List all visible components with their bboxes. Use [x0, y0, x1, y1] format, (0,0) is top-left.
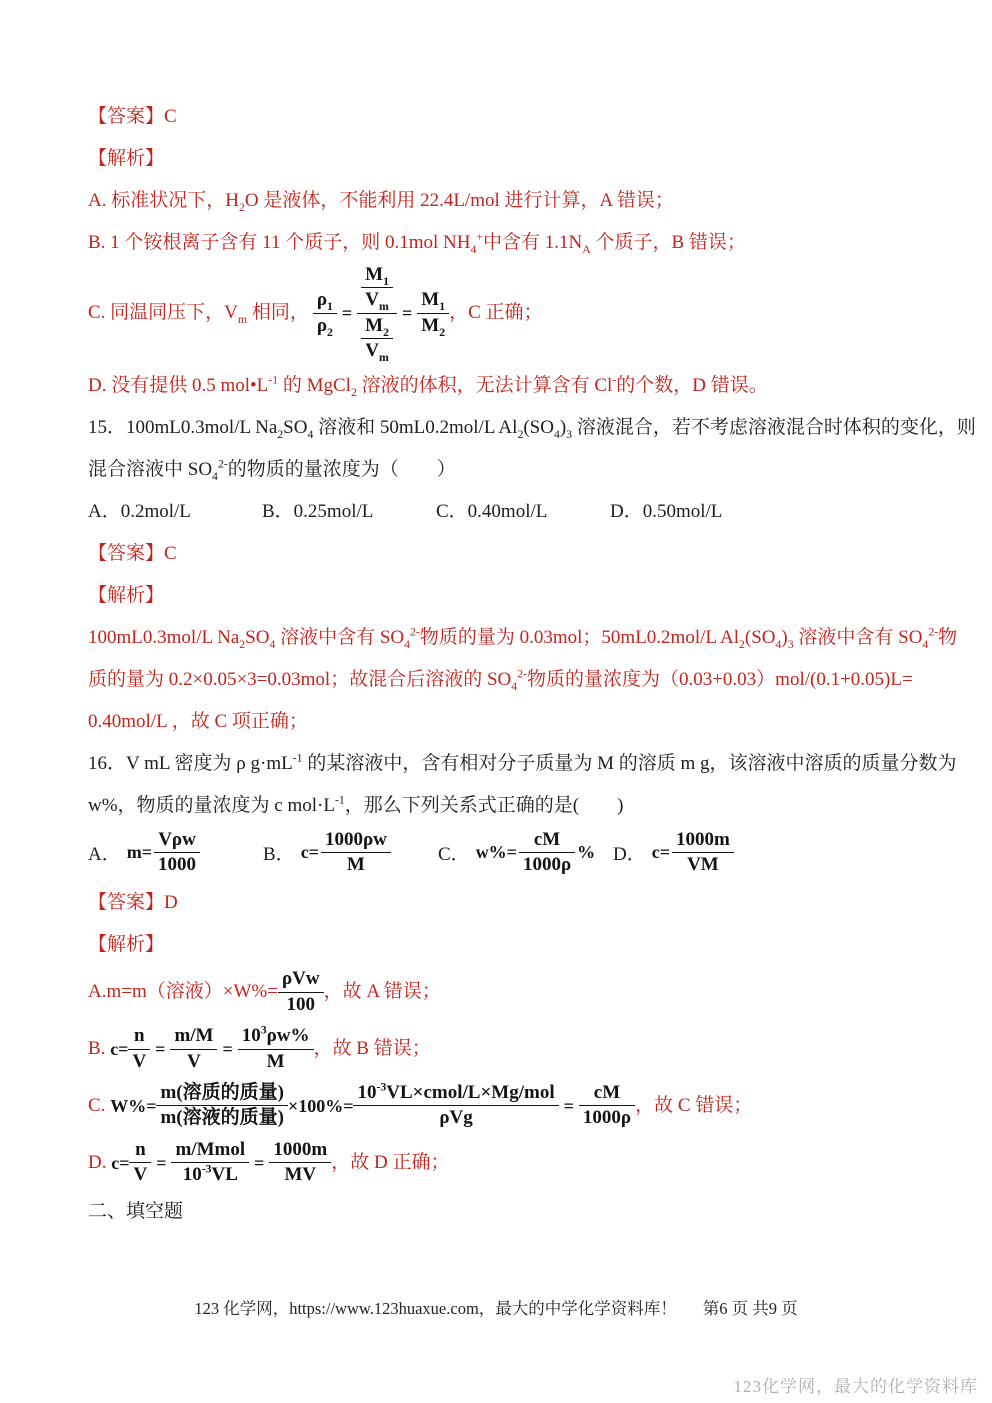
watermark: 123化学网，最大的化学资料库: [734, 1372, 979, 1397]
q16-answer-value: D: [164, 892, 178, 913]
fraction-m1-m2: M1M2: [417, 289, 449, 337]
footer-site-text: 123 化学网，https://www.123huaxue.com，最大的中学化…: [194, 1295, 676, 1319]
q15-explanation-line3: 0.40mol/L ，故 C 项正确；: [88, 709, 920, 735]
footer-page-number: 第6 页 共9 页: [703, 1295, 798, 1319]
q14-explanation-a: A. 标准状况下，H2O 是液体，不能利用 22.4L/mol 进行计算，A 错…: [88, 188, 920, 214]
fraction-option-a: Vρw1000: [154, 829, 200, 877]
q16-explanation-b: B. c= nV = m/MV = 103ρw%M ，故 B 错误；: [88, 1025, 920, 1073]
q16-explanation-d: D. c= nV = m/Mmol10-3VL = 1000mMV ，故 D 正…: [88, 1139, 920, 1187]
q15-answer-value: C: [164, 543, 177, 564]
q15-stem-line1: 15．100mL0.3mol/L Na2SO4 溶液和 50mL0.2mol/L…: [88, 415, 920, 441]
q14-analysis-label: 【解析】: [88, 146, 920, 172]
fraction-1000m-MV: 1000mMV: [269, 1139, 331, 1187]
q15-analysis-label: 【解析】: [88, 583, 920, 609]
equals-sign: =: [342, 300, 352, 326]
equals-sign: =: [155, 1036, 165, 1062]
fraction-option-b: 1000ρwM: [321, 829, 391, 877]
q16-stem-line1: 16．V mL 密度为 ρ g·mL-1 的某溶液中，含有相对分子质量为 M 的…: [88, 751, 920, 777]
q16-option-b: B． c= 1000ρwM: [263, 829, 438, 877]
answer-label: 【答案】: [88, 892, 164, 913]
equals-sign: =: [222, 1036, 232, 1062]
q14-answer-line: 【答案】C: [88, 104, 920, 130]
page-footer: 123 化学网，https://www.123huaxue.com，最大的中学化…: [0, 1295, 992, 1319]
q15-option-d: D．0.50mol/L: [610, 499, 784, 525]
q14-explanation-d: D. 没有提供 0.5 mol•L-1 的 MgCl2 溶液的体积，无法计算含有…: [88, 373, 920, 399]
q15-option-c: C．0.40mol/L: [436, 499, 610, 525]
fraction-mMmol-vl: m/Mmol10-3VL: [171, 1139, 249, 1187]
q15-explanation-line2: 质的量为 0.2×0.05×3=0.03mol；故混合后溶液的 SO42-物质的…: [88, 667, 920, 693]
fraction-1000rw-M: 103ρw%M: [238, 1025, 314, 1073]
fraction-option-c: cM1000ρ: [519, 829, 575, 877]
fraction-rho1-rho2: ρ1ρ2: [313, 289, 337, 337]
fraction-vl-cmol: 10-3VL×cmol/L×Mg/molρVg: [353, 1082, 558, 1130]
q15-option-b: B．0.25mol/L: [262, 499, 436, 525]
fraction-nested-molar: M1Vm M2Vm: [357, 264, 397, 363]
q16-analysis-label: 【解析】: [88, 932, 920, 958]
q16-options-row: A． m= Vρw1000 B． c= 1000ρwM C． w%= cM100…: [88, 829, 920, 877]
q14-explanation-b: B. 1 个铵根离子含有 11 个质子，则 0.1mol NH4+中含有 1.1…: [88, 230, 920, 256]
fraction-mM-v: m/MV: [170, 1025, 217, 1073]
fraction-cM-1000r: cM1000ρ: [579, 1082, 635, 1130]
q16-option-c: C． w%= cM1000ρ %: [438, 829, 613, 877]
fraction-mass-ratio: m(溶质的质量)m(溶液的质量): [156, 1082, 287, 1130]
equals-sign: =: [254, 1150, 264, 1176]
fraction-n-v: nV: [129, 1139, 151, 1187]
fraction-n-v: nV: [128, 1025, 150, 1073]
q16-explanation-c: C. W%= m(溶质的质量)m(溶液的质量) ×100%= 10-3VL×cm…: [88, 1082, 920, 1130]
q14-c-prefix: C. 同温同压下，Vm 相同，: [88, 300, 309, 326]
q15-options-row: A．0.2mol/L B．0.25mol/L C．0.40mol/L D．0.5…: [88, 499, 920, 525]
q14-answer-value: C: [164, 106, 177, 127]
q16-explanation-a: A.m=m（溶液）×W%= ρVw100 ，故 A 错误；: [88, 968, 920, 1016]
q16-answer-line: 【答案】D: [88, 890, 920, 916]
q16-option-d: D． c= 1000mVM: [613, 829, 788, 877]
equals-sign: =: [402, 300, 412, 326]
equals-sign: =: [564, 1093, 574, 1119]
answer-label: 【答案】: [88, 543, 164, 564]
equals-sign: =: [156, 1150, 166, 1176]
q16-stem-line2: w%，物质的量浓度为 c mol·L-1，那么下列关系式正确的是( ): [88, 793, 920, 819]
q15-explanation-line1: 100mL0.3mol/L Na2SO4 溶液中含有 SO42-物质的量为 0.…: [88, 625, 920, 651]
q15-option-a: A．0.2mol/L: [88, 499, 262, 525]
q15-stem-line2: 混合溶液中 SO42-的物质的量浓度为（ ）: [88, 457, 920, 483]
answer-label: 【答案】: [88, 106, 164, 127]
page-content: 【答案】C 【解析】 A. 标准状况下，H2O 是液体，不能利用 22.4L/m…: [88, 104, 920, 1241]
fraction-exp-a: ρVw100: [278, 968, 324, 1016]
q16-option-a: A． m= Vρw1000: [88, 829, 263, 877]
q15-answer-line: 【答案】C: [88, 541, 920, 567]
fraction-option-d: 1000mVM: [672, 829, 734, 877]
section-2-title: 二、填空题: [88, 1199, 920, 1225]
q14-explanation-c: C. 同温同压下，Vm 相同， ρ1ρ2 = M1Vm M2Vm = M1M2 …: [88, 264, 920, 363]
q14-c-suffix: ，C 正确；: [449, 300, 542, 326]
